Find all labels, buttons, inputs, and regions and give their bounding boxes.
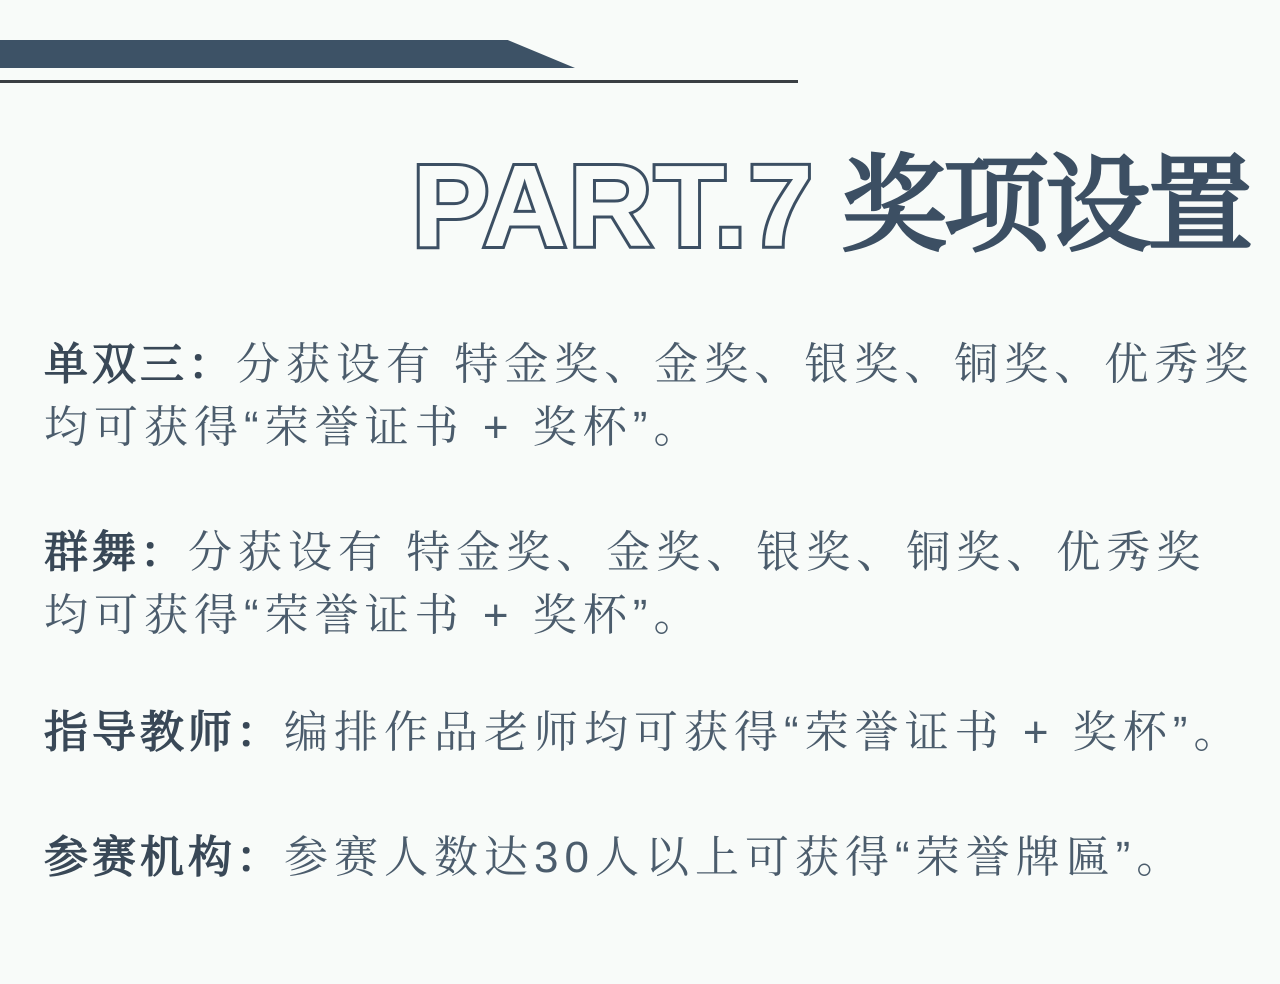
paragraph-text-continued: 均可获得“荣誉证书 + 奖杯”。 (44, 584, 1260, 647)
paragraph-line: 群舞：分获设有 特金奖、金奖、银奖、铜奖、优秀奖 (44, 521, 1260, 584)
paragraph-group-dance: 群舞：分获设有 特金奖、金奖、银奖、铜奖、优秀奖 均可获得“荣誉证书 + 奖杯”… (44, 521, 1260, 647)
paragraph-label: 指导教师： (44, 708, 284, 757)
header-accent-bar (0, 40, 575, 68)
paragraph-text: 编排作品老师均可获得“荣誉证书 + 奖杯”。 (284, 708, 1243, 757)
title-heading-text: 奖项设置 (841, 153, 1249, 259)
paragraph-organization: 参赛机构：参赛人数达30人以上可获得“荣誉牌匾”。 (44, 826, 1260, 889)
page-title: PART.7 奖项设置 (412, 148, 1249, 264)
paragraph-label: 参赛机构： (44, 833, 284, 882)
paragraph-label: 群舞： (44, 528, 188, 577)
paragraph-label: 单双三： (44, 340, 236, 389)
paragraph-text: 分获设有 特金奖、金奖、银奖、铜奖、优秀奖 (236, 340, 1254, 389)
paragraph-text: 分获设有 特金奖、金奖、银奖、铜奖、优秀奖 (188, 528, 1206, 577)
header-rule-line (0, 80, 798, 83)
paragraph-line: 参赛机构：参赛人数达30人以上可获得“荣誉牌匾”。 (44, 826, 1260, 889)
paragraph-line: 单双三：分获设有 特金奖、金奖、银奖、铜奖、优秀奖 (44, 333, 1260, 396)
paragraph-line: 指导教师：编排作品老师均可获得“荣誉证书 + 奖杯”。 (44, 701, 1260, 764)
paragraph-text-continued: 均可获得“荣誉证书 + 奖杯”。 (44, 396, 1260, 459)
paragraph-instructor: 指导教师：编排作品老师均可获得“荣誉证书 + 奖杯”。 (44, 701, 1260, 764)
paragraph-text: 参赛人数达30人以上可获得“荣誉牌匾”。 (284, 833, 1186, 882)
title-part-number: PART.7 (412, 148, 815, 264)
paragraph-solo-duo-trio: 单双三：分获设有 特金奖、金奖、银奖、铜奖、优秀奖 均可获得“荣誉证书 + 奖杯… (44, 333, 1260, 459)
